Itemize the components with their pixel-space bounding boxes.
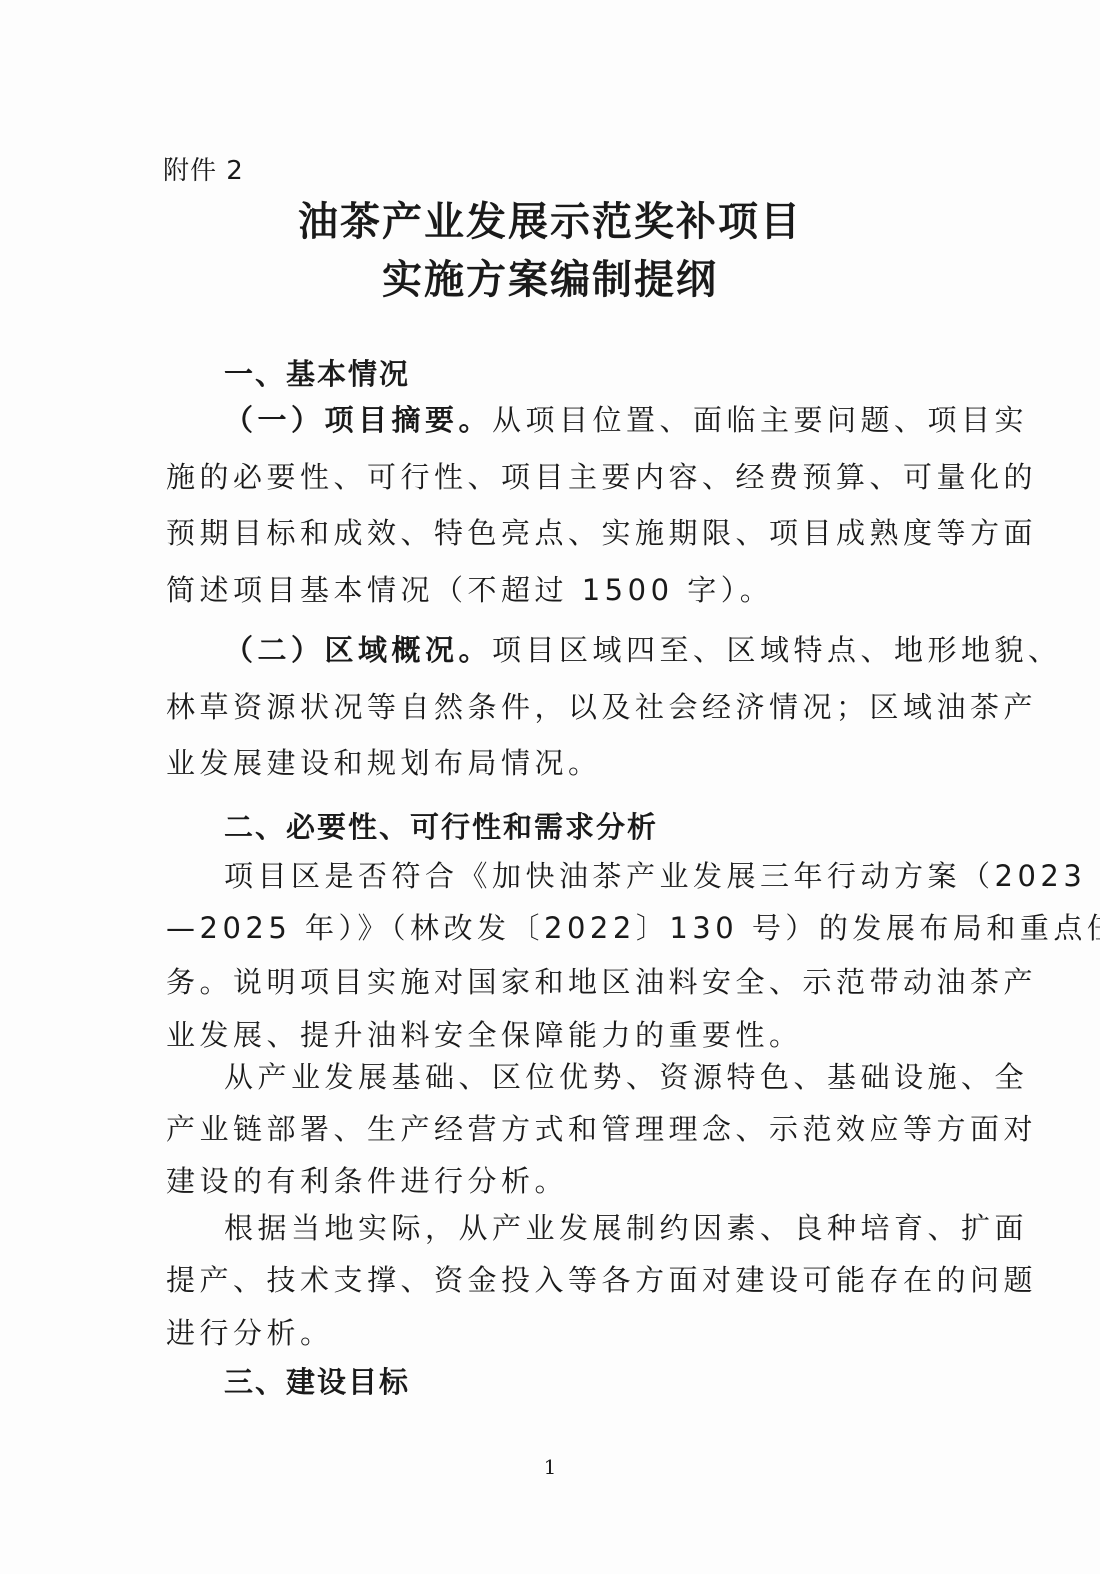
document-page: 附件 2 油茶产业发展示范奖补项目 实施方案编制提纲 一、基本情况 （一）项目摘… [0,0,1100,1574]
paragraph-line: 业发展、提升油料安全保障能力的重要性。 [166,1013,803,1054]
paragraph-line: —2025 年）》（林改发〔2022〕130 号）的发展布局和重点任 [166,906,1100,947]
paragraph-line: 项目区是否符合《加快油茶产业发展三年行动方案（2023 [224,854,1086,895]
paragraph-line: 预期目标和成效、特色亮点、实施期限、项目成熟度等方面 [166,511,1037,552]
section-heading-1: 一、基本情况 [224,352,410,393]
paragraph-line: 建设的有利条件进行分析。 [166,1159,568,1200]
section-heading-3: 三、建设目标 [224,1360,410,1401]
paragraph-line: 简述项目基本情况（不超过 1500 字）。 [166,568,773,609]
paragraph-line: 提产、技术支撑、资金投入等各方面对建设可能存在的问题 [166,1258,1037,1299]
document-title-line-1: 油茶产业发展示范奖补项目 [0,190,1100,247]
paragraph-line: （一）项目摘要。从项目位置、面临主要问题、项目实 [224,398,1028,439]
section-heading-2: 二、必要性、可行性和需求分析 [224,805,658,846]
attachment-label: 附件 2 [163,150,244,187]
paragraph-line: 产业链部署、生产经营方式和管理理念、示范效应等方面对 [166,1107,1037,1148]
paragraph-line: （二）区域概况。项目区域四至、区域特点、地形地貌、 [224,628,1062,669]
paragraph-line: 根据当地实际，从产业发展制约因素、良种培育、扩面 [224,1206,1028,1247]
paragraph-line: 务。说明项目实施对国家和地区油料安全、示范带动油茶产 [166,960,1037,1001]
document-title-line-2: 实施方案编制提纲 [0,248,1100,305]
subsection-label-region: （二）区域概况。 [224,633,492,667]
paragraph-line: 施的必要性、可行性、项目主要内容、经费预算、可量化的 [166,455,1037,496]
paragraph-line: 林草资源状况等自然条件，以及社会经济情况；区域油茶产 [166,685,1037,726]
paragraph-line: 进行分析。 [166,1311,334,1352]
page-number: 1 [0,1455,1100,1479]
paragraph-line: 业发展建设和规划布局情况。 [166,741,602,782]
paragraph-text: 从项目位置、面临主要问题、项目实 [492,403,1028,437]
paragraph-text: 项目区域四至、区域特点、地形地貌、 [492,633,1062,667]
paragraph-line: 从产业发展基础、区位优势、资源特色、基础设施、全 [224,1055,1028,1096]
subsection-label-summary: （一）项目摘要。 [224,403,492,437]
